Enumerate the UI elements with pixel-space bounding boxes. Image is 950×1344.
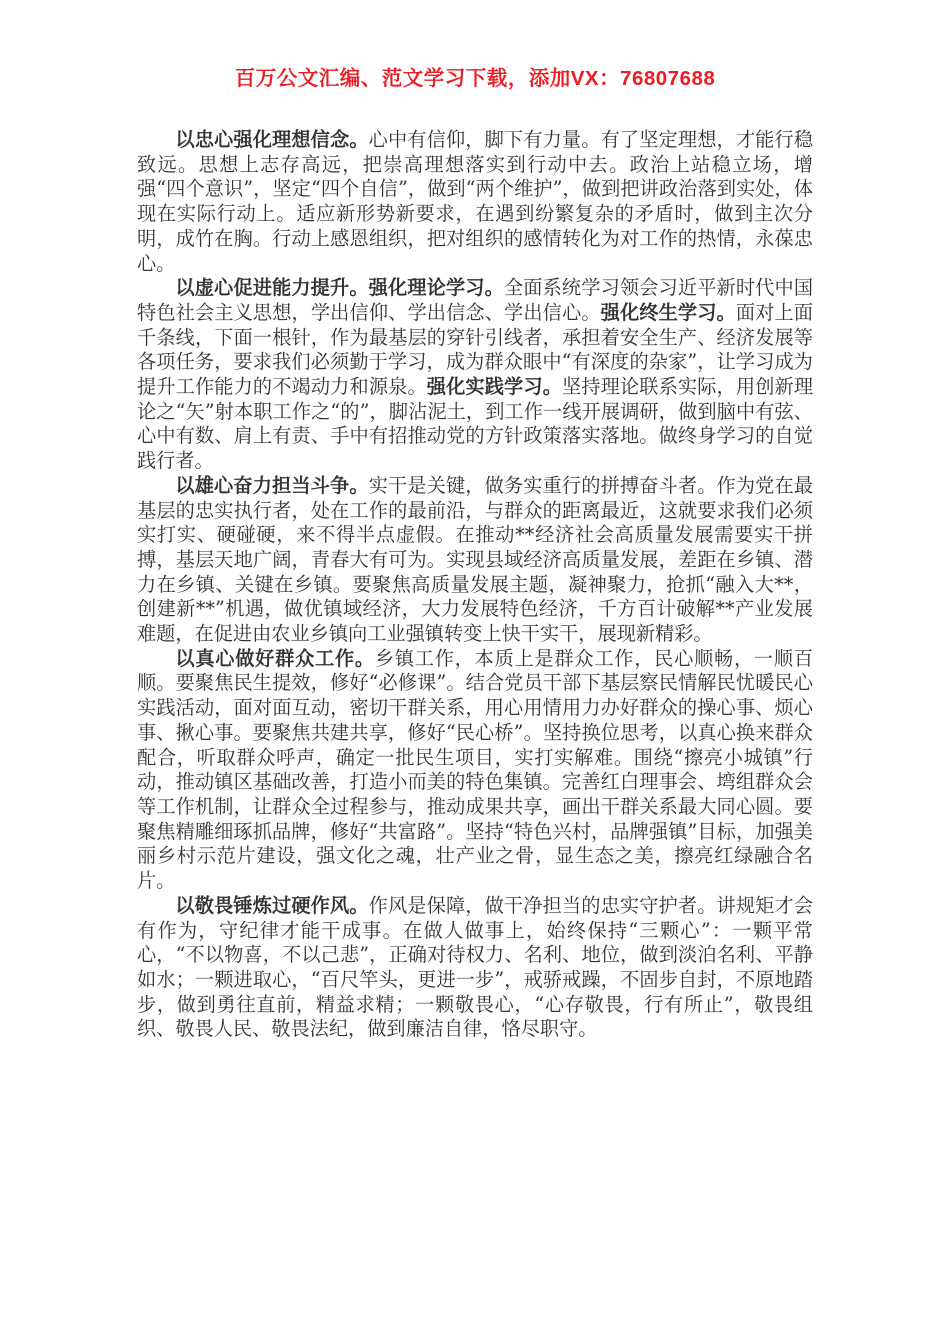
paragraph: 以真心做好群众工作。乡镇工作，本质上是群众工作，民心顺畅，一顺百顺。要聚焦民生提… <box>137 647 813 894</box>
document-page: 百万公文汇编、范文学习下载，添加VX：76807688 以忠心强化理想信念。心中… <box>0 0 950 1344</box>
paragraph-lead-bold: 以忠心强化理想信念。 <box>175 128 368 151</box>
paragraph: 以忠心强化理想信念。心中有信仰，脚下有力量。有了坚定理想，才能行稳致远。思想上志… <box>137 128 813 276</box>
paragraph-lead-bold: 以真心做好群众工作。 <box>175 647 375 670</box>
paragraph-lead-bold: 以敬畏锤炼过硬作风。 <box>175 894 368 917</box>
paragraph-lead-bold: 强化实践学习。 <box>427 375 562 398</box>
header-ad-text: 百万公文汇编、范文学习下载，添加VX：76807688 <box>0 0 950 92</box>
paragraph-text: 乡镇工作，本质上是群众工作，民心顺畅，一顺百顺。要聚焦民生提效，修好“必修课”。… <box>137 647 813 892</box>
paragraph: 以雄心奋力担当斗争。实干是关键，做务实重行的拼搏奋斗者。作为党在最基层的忠实执行… <box>137 474 813 647</box>
paragraph-lead-bold: 以雄心奋力担当斗争。 <box>175 474 368 497</box>
document-body: 以忠心强化理想信念。心中有信仰，脚下有力量。有了坚定理想，才能行稳致远。思想上志… <box>137 128 813 1042</box>
paragraph: 以虚心促进能力提升。强化理论学习。全面系统学习领会习近平新时代中国特色社会主义思… <box>137 276 813 474</box>
paragraph-text: 实干是关键，做务实重行的拼搏奋斗者。作为党在最基层的忠实执行者，处在工作的最前沿… <box>137 474 813 645</box>
paragraph-lead-bold: 强化终生学习。 <box>601 301 736 324</box>
paragraph-lead-bold: 以虚心促进能力提升。强化理论学习。 <box>175 276 504 299</box>
paragraph: 以敬畏锤炼过硬作风。作风是保障，做干净担当的忠实守护者。讲规矩才会有作为，守纪律… <box>137 894 813 1042</box>
